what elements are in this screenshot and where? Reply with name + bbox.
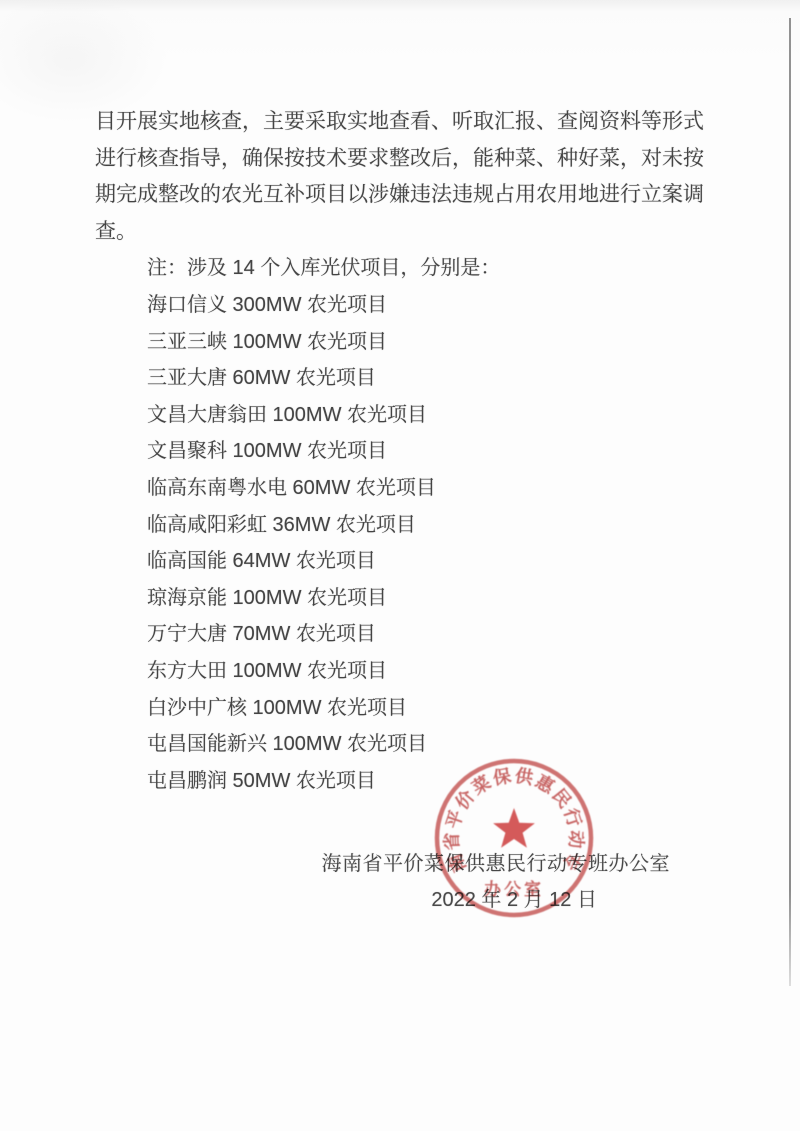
project-item: 琼海京能 100MW 农光项目 xyxy=(147,580,755,617)
scanned-document-page: 目开展实地核查，主要采取实地查看、听取汇报、查阅资料等形式 进行核查指导，确保按… xyxy=(0,0,800,1131)
document-body: 目开展实地核查，主要采取实地查看、听取汇报、查阅资料等形式 进行核查指导，确保按… xyxy=(95,104,755,799)
project-item: 临高东南粤水电 60MW 农光项目 xyxy=(147,470,755,507)
paragraph-line: 进行核查指导，确保按技术要求整改后，能种菜、种好菜，对未按 xyxy=(95,141,755,178)
project-item: 临高咸阳彩虹 36MW 农光项目 xyxy=(147,507,755,544)
project-item: 东方大田 100MW 农光项目 xyxy=(147,653,755,690)
paragraph-line: 目开展实地核查，主要采取实地查看、听取汇报、查阅资料等形式 xyxy=(95,104,755,141)
project-item: 文昌大唐翁田 100MW 农光项目 xyxy=(147,397,755,434)
paragraph-line: 期完成整改的农光互补项目以涉嫌违法违规占用农用地进行立案调 xyxy=(95,177,755,214)
project-item: 三亚三峡 100MW 农光项目 xyxy=(147,324,755,361)
project-item: 三亚大唐 60MW 农光项目 xyxy=(147,360,755,397)
project-item: 文昌聚科 100MW 农光项目 xyxy=(147,433,755,470)
project-item: 海口信义 300MW 农光项目 xyxy=(147,287,755,324)
seal-star-icon xyxy=(493,808,535,848)
project-item: 临高国能 64MW 农光项目 xyxy=(147,543,755,580)
official-seal: 海南省平价菜保供惠民行动专班 办公室 xyxy=(414,738,614,938)
paragraph-line: 查。 xyxy=(95,214,755,251)
seal-bottom-text: 办公室 xyxy=(484,879,544,899)
note-line: 注：涉及 14 个入库光伏项目，分别是： xyxy=(147,250,755,287)
project-item: 万宁大唐 70MW 农光项目 xyxy=(147,616,755,653)
project-item: 白沙中广核 100MW 农光项目 xyxy=(147,690,755,727)
scan-artifact-line xyxy=(789,18,791,986)
